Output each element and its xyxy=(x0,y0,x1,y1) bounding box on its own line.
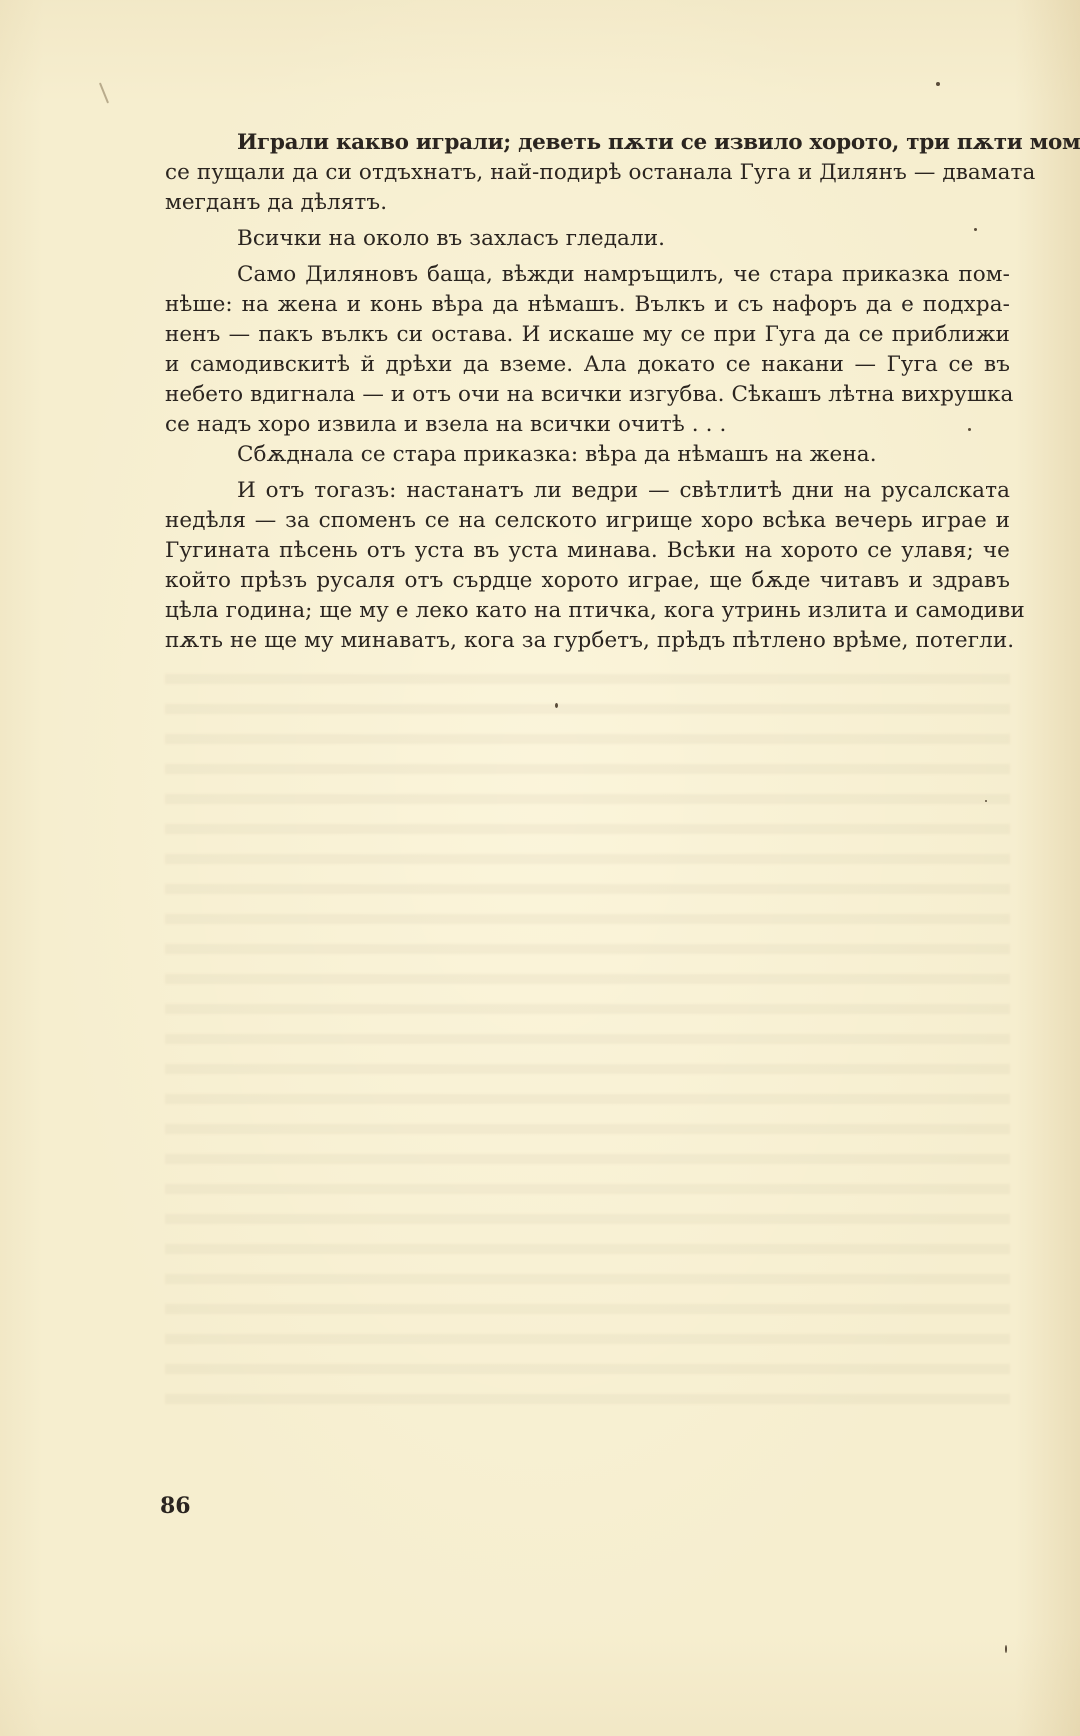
paragraph-1: Играли какво играли; деветь пѫти се изви… xyxy=(165,128,1010,218)
text-line: цѣла година; ще му е леко като на птичка… xyxy=(165,596,1010,626)
paper-speck xyxy=(936,82,940,86)
text-line: и самодивскитѣ й дрѣхи да вземе. Ала док… xyxy=(165,350,1010,380)
text-line: Всички на около въ захласъ гледали. xyxy=(165,224,1010,254)
text-line: Сбѫднала се стара приказка: вѣра да нѣма… xyxy=(165,440,1010,470)
body-text: Играли какво играли; деветь пѫти се изви… xyxy=(165,128,1010,656)
paper-scratch xyxy=(99,82,109,103)
text-line: Играли какво играли; деветь пѫти се изви… xyxy=(165,128,1010,158)
book-page: Играли какво играли; деветь пѫти се изви… xyxy=(0,0,1080,1736)
text-line: нѣше: на жена и конь вѣра да нѣмашъ. Въл… xyxy=(165,290,1010,320)
text-line: се надъ хоро извила и взела на всички оч… xyxy=(165,410,1010,440)
paper-speck xyxy=(985,800,987,802)
text-line: мегданъ да дѣлятъ. xyxy=(165,188,1010,218)
page-number: 86 xyxy=(160,1493,191,1519)
paper-speck xyxy=(555,703,558,708)
text-line: И отъ тогазъ: настанатъ ли ведри — свѣтл… xyxy=(165,476,1010,506)
paragraph-2: Всички на около въ захласъ гледали. xyxy=(165,224,1010,254)
paper-speck xyxy=(968,428,971,431)
text-line: Гугината пѣсень отъ уста въ уста минава.… xyxy=(165,536,1010,566)
text-line: се пущали да си отдъхнатъ, най-подирѣ ос… xyxy=(165,158,1010,188)
bleed-through-texture xyxy=(165,660,1010,1420)
paper-speck xyxy=(974,228,977,231)
text-line: Само Диляновъ баща, вѣжди намръщилъ, че … xyxy=(165,260,1010,290)
text-line: недѣля — за споменъ се на селското игрищ… xyxy=(165,506,1010,536)
text-line: който прѣзъ русаля отъ сърдце хорото игр… xyxy=(165,566,1010,596)
text-line: ненъ — пакъ вълкъ си остава. И искаше му… xyxy=(165,320,1010,350)
paragraph-5: И отъ тогазъ: настанатъ ли ведри — свѣтл… xyxy=(165,476,1010,656)
paragraph-3: Само Диляновъ баща, вѣжди намръщилъ, че … xyxy=(165,260,1010,440)
paper-speck xyxy=(1005,1645,1007,1653)
text-line: пѫть не ще му минаватъ, кога за гурбетъ,… xyxy=(165,626,1010,656)
paragraph-4: Сбѫднала се стара приказка: вѣра да нѣма… xyxy=(165,440,1010,470)
text-line: небето вдигнала — и отъ очи на всички из… xyxy=(165,380,1010,410)
